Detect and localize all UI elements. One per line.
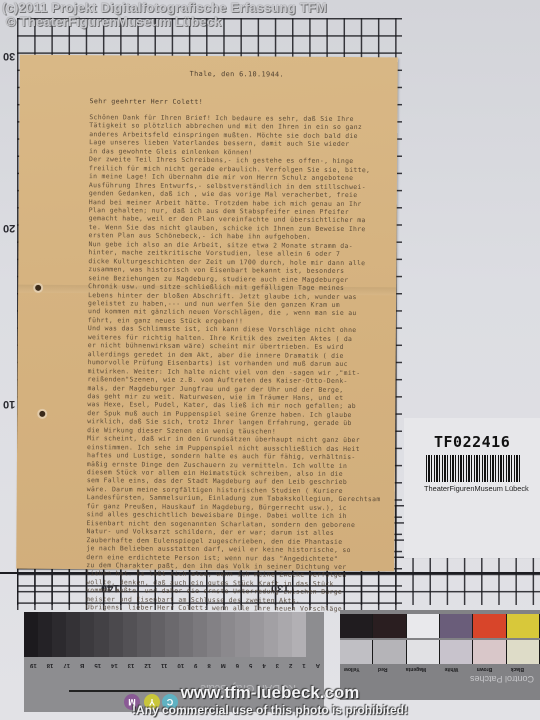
letter-body: Schönen Dank für Ihren Brief! Ich bedaur… bbox=[86, 113, 389, 614]
usage-notice: !Any commercial use of this photo is pro… bbox=[0, 703, 540, 717]
color-patch bbox=[440, 640, 473, 664]
gray-step-letter: A bbox=[316, 662, 320, 668]
color-patch bbox=[373, 614, 406, 638]
gray-step bbox=[66, 612, 80, 657]
gray-step bbox=[94, 612, 108, 657]
gray-step bbox=[137, 612, 151, 657]
gray-step-letter: 10 bbox=[177, 662, 184, 668]
gray-steps bbox=[24, 612, 306, 657]
gray-step-letter: 8 bbox=[207, 662, 210, 668]
gray-step bbox=[278, 612, 292, 657]
ruler-number: 10 bbox=[3, 398, 15, 410]
ruler-number: 30 bbox=[3, 50, 15, 62]
patch-row-top bbox=[340, 614, 540, 638]
copyright-watermark-line2: © TheaterFigurenMuseum Lübeck bbox=[6, 14, 221, 29]
gray-step bbox=[193, 612, 207, 657]
gray-step-letter: 9 bbox=[194, 662, 197, 668]
gray-step bbox=[165, 612, 179, 657]
color-patch bbox=[473, 640, 506, 664]
gray-step-letter: 14 bbox=[111, 662, 118, 668]
gray-step bbox=[24, 612, 38, 657]
punch-hole bbox=[39, 411, 45, 417]
color-patch bbox=[507, 640, 540, 664]
color-patch bbox=[373, 640, 406, 664]
gray-step-letter: 3 bbox=[276, 662, 279, 668]
letter-date: Thale, den 6.10.1944. bbox=[190, 70, 284, 79]
inventory-id: TF022416 bbox=[434, 433, 510, 451]
color-patch-label: Red bbox=[378, 666, 387, 672]
gray-step bbox=[292, 612, 306, 657]
letter-salutation: Sehr geehrter Herr Colett! bbox=[89, 97, 203, 106]
color-patch bbox=[340, 640, 373, 664]
site-url: www.tfm-luebeck.com bbox=[0, 683, 540, 703]
gray-step bbox=[123, 612, 137, 657]
gray-step-letter: 17 bbox=[63, 662, 70, 668]
gray-step bbox=[250, 612, 264, 657]
color-patch-label: Yellow bbox=[344, 666, 360, 672]
color-patch bbox=[407, 614, 440, 638]
gray-step bbox=[151, 612, 165, 657]
gray-step bbox=[207, 612, 221, 657]
color-patch-label: Brown bbox=[477, 666, 493, 672]
punch-hole bbox=[35, 285, 41, 291]
color-patch bbox=[340, 614, 373, 638]
gray-step-letter: 13 bbox=[128, 662, 135, 668]
gray-step-letter: 11 bbox=[161, 662, 167, 668]
gray-step bbox=[38, 612, 52, 657]
gray-step-letter: 19 bbox=[30, 662, 37, 668]
gray-step-letter: 6 bbox=[236, 662, 239, 668]
gray-step-letter: B bbox=[80, 662, 84, 668]
gray-step bbox=[109, 612, 123, 657]
gray-step bbox=[235, 612, 249, 657]
color-patch bbox=[507, 614, 540, 638]
gray-step-letter: 5 bbox=[249, 662, 252, 668]
copyright-watermark-line1: (c)2011 Projekt Digitalfotografische Erf… bbox=[2, 0, 327, 15]
gray-step bbox=[52, 612, 66, 657]
label-museum-name: TheaterFigurenMuseum Lübeck bbox=[424, 484, 529, 493]
color-patch bbox=[407, 640, 440, 664]
gray-step-letter: 2 bbox=[289, 662, 292, 668]
color-patch-label: Black bbox=[511, 666, 524, 672]
gray-step-letter: M bbox=[221, 662, 226, 668]
gray-step-letter: 15 bbox=[94, 662, 101, 668]
gray-step bbox=[264, 612, 278, 657]
color-patch-label: White bbox=[445, 666, 459, 672]
gray-step bbox=[179, 612, 193, 657]
gray-step-letter: 12 bbox=[144, 662, 151, 668]
gray-step-letters: A123456M89101112131415B171819 bbox=[30, 662, 320, 668]
gray-step-letter: 1 bbox=[302, 662, 305, 668]
inventory-label: TF022416 TheaterFigurenMuseum Lübeck bbox=[404, 418, 540, 558]
gray-step-letter: 4 bbox=[262, 662, 265, 668]
patch-labels: BlackBrownWhiteMagentaRedYellow bbox=[344, 666, 524, 672]
color-patch bbox=[440, 614, 473, 638]
gray-step bbox=[221, 612, 235, 657]
letter-page: Thale, den 6.10.1944. Sehr geehrter Herr… bbox=[16, 55, 398, 572]
patch-row-bottom bbox=[340, 640, 540, 664]
color-patch bbox=[473, 614, 506, 638]
gray-step bbox=[80, 612, 94, 657]
barcode-icon bbox=[426, 455, 520, 482]
ruler-number: 20 bbox=[3, 222, 15, 234]
color-patch-label: Magenta bbox=[406, 666, 426, 672]
gray-step-letter: 18 bbox=[47, 662, 54, 668]
